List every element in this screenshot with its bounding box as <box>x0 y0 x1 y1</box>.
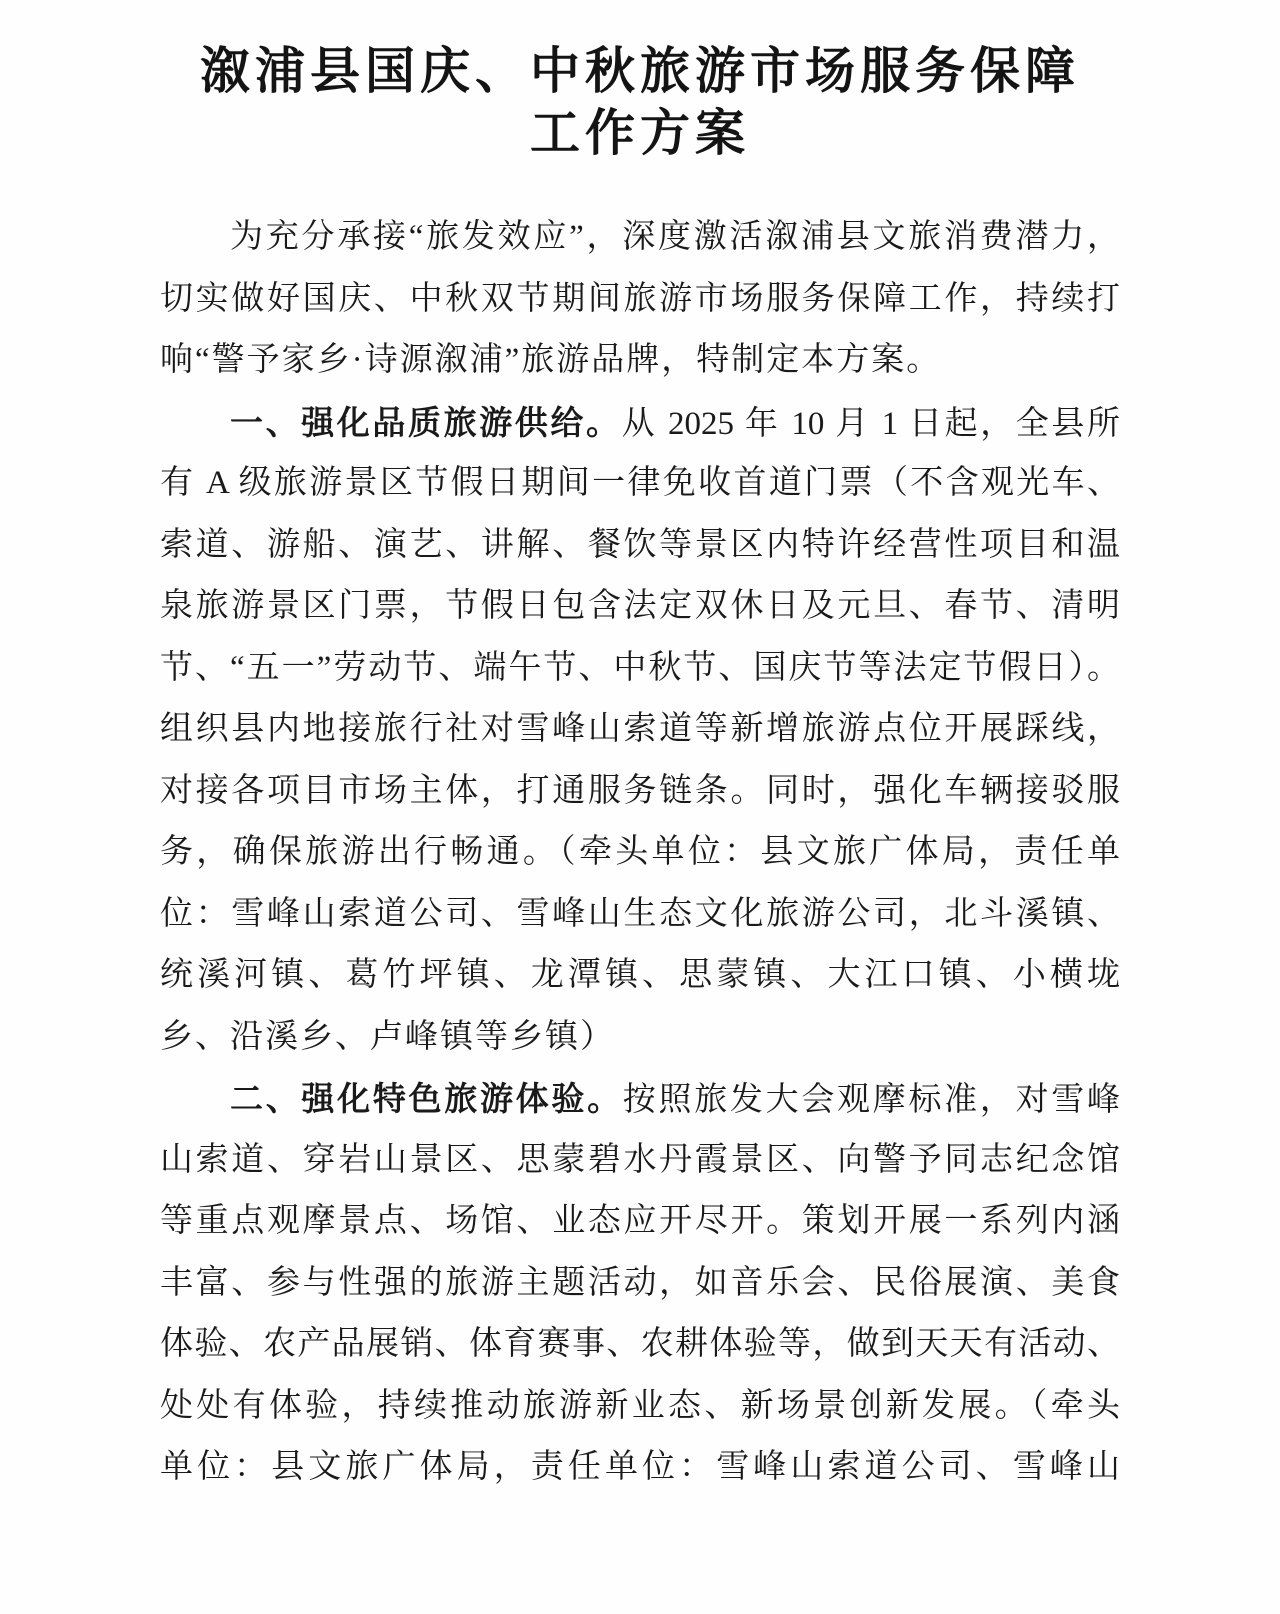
text-line: 切实做好国庆、中秋双节期间旅游市场服务保障工作，持续打 <box>160 269 1120 331</box>
text-segment: 切实做好国庆、中秋双节期间旅游市场服务保障工作，持续打 <box>160 281 1120 317</box>
text-line: 等重点观摩景点、场馆、业态应开尽开。策划开展一系列内涵 <box>160 1191 1120 1253</box>
text-line: 节、“五一”劳动节、端午节、中秋节、国庆节等法定节假日）。 <box>160 638 1120 700</box>
text-segment: 位：雪峰山索道公司、雪峰山生态文化旅游公司，北斗溪镇、 <box>160 896 1120 932</box>
paragraph-intro: 为充分承接“旅发效应”，深度激活溆浦县文旅消费潜力，切实做好国庆、中秋双节期间旅… <box>160 207 1120 392</box>
text-segment: 统溪河镇、葛竹坪镇、龙潭镇、思蒙镇、大江口镇、小横垅 <box>160 957 1120 993</box>
text-segment: 响“警予家乡·诗源溆浦”旅游品牌，特制定本方案。 <box>160 342 941 378</box>
text-segment: 乡、沿溪乡、卢峰镇等乡镇） <box>160 1019 615 1055</box>
text-segment: 为充分承接“旅发效应”，深度激活溆浦县文旅消费潜力， <box>230 219 1120 255</box>
text-segment: 从 2025 年 10 月 1 日起，全县所 <box>622 406 1120 442</box>
text-line: 处处有体验，持续推动旅游新业态、新场景创新发展。（牵头 <box>160 1376 1120 1438</box>
section-heading: 一、强化品质旅游供给。 <box>230 404 622 441</box>
text-line: 统溪河镇、葛竹坪镇、龙潭镇、思蒙镇、大江口镇、小横垅 <box>160 945 1120 1007</box>
text-segment: 等重点观摩景点、场馆、业态应开尽开。策划开展一系列内涵 <box>160 1203 1120 1239</box>
text-line: 泉旅游景区门票，节假日包含法定双休日及元旦、春节、清明 <box>160 576 1120 638</box>
text-line: 组织县内地接旅行社对雪峰山索道等新增旅游点位开展踩线， <box>160 699 1120 761</box>
section-heading: 二、强化特色旅游体验。 <box>230 1080 623 1117</box>
document-title: 溆浦县国庆、中秋旅游市场服务保障 工作方案 <box>0 40 1280 164</box>
text-segment: 节、“五一”劳动节、端午节、中秋节、国庆节等法定节假日）。 <box>160 650 1120 686</box>
text-line: 山索道、穿岩山景区、思蒙碧水丹霞景区、向警予同志纪念馆 <box>160 1130 1120 1192</box>
text-segment: 有 A 级旅游景区节假日期间一律免收首道门票（不含观光车、 <box>160 465 1120 501</box>
text-line: 位：雪峰山索道公司、雪峰山生态文化旅游公司，北斗溪镇、 <box>160 884 1120 946</box>
text-line: 一、强化品质旅游供给。从 2025 年 10 月 1 日起，全县所 <box>160 392 1120 454</box>
text-segment: 索道、游船、演艺、讲解、餐饮等景区内特许经营性项目和温 <box>160 527 1120 563</box>
text-segment: 组织县内地接旅行社对雪峰山索道等新增旅游点位开展踩线， <box>160 711 1120 747</box>
text-line: 务，确保旅游出行畅通。（牵头单位：县文旅广体局，责任单 <box>160 822 1120 884</box>
text-segment: 处处有体验，持续推动旅游新业态、新场景创新发展。（牵头 <box>160 1388 1120 1424</box>
title-line-1: 溆浦县国庆、中秋旅游市场服务保障 <box>0 40 1280 102</box>
text-segment: 山索道、穿岩山景区、思蒙碧水丹霞景区、向警予同志纪念馆 <box>160 1142 1120 1178</box>
text-segment: 泉旅游景区门票，节假日包含法定双休日及元旦、春节、清明 <box>160 588 1120 624</box>
text-line: 体验、农产品展销、体育赛事、农耕体验等，做到天天有活动、 <box>160 1314 1120 1376</box>
text-segment: 单位：县文旅广体局，责任单位：雪峰山索道公司、雪峰山 <box>160 1449 1120 1485</box>
text-line: 响“警予家乡·诗源溆浦”旅游品牌，特制定本方案。 <box>160 330 1120 392</box>
document-page: 溆浦县国庆、中秋旅游市场服务保障 工作方案 为充分承接“旅发效应”，深度激活溆浦… <box>0 0 1280 1614</box>
text-line: 为充分承接“旅发效应”，深度激活溆浦县文旅消费潜力， <box>160 207 1120 269</box>
text-segment: 对接各项目市场主体，打通服务链条。同时，强化车辆接驳服 <box>160 773 1120 809</box>
paragraph-section-1: 一、强化品质旅游供给。从 2025 年 10 月 1 日起，全县所有 A 级旅游… <box>160 392 1120 1069</box>
paragraph-section-2: 二、强化特色旅游体验。按照旅发大会观摩标准，对雪峰山索道、穿岩山景区、思蒙碧水丹… <box>160 1068 1120 1499</box>
title-line-2: 工作方案 <box>0 102 1280 164</box>
text-segment: 丰富、参与性强的旅游主题活动，如音乐会、民俗展演、美食 <box>160 1265 1120 1301</box>
text-segment: 按照旅发大会观摩标准，对雪峰 <box>623 1082 1120 1118</box>
text-line: 单位：县文旅广体局，责任单位：雪峰山索道公司、雪峰山 <box>160 1437 1120 1499</box>
text-line: 乡、沿溪乡、卢峰镇等乡镇） <box>160 1007 1120 1069</box>
text-line: 对接各项目市场主体，打通服务链条。同时，强化车辆接驳服 <box>160 761 1120 823</box>
text-line: 二、强化特色旅游体验。按照旅发大会观摩标准，对雪峰 <box>160 1068 1120 1130</box>
text-segment: 体验、农产品展销、体育赛事、农耕体验等，做到天天有活动、 <box>160 1326 1120 1362</box>
text-line: 丰富、参与性强的旅游主题活动，如音乐会、民俗展演、美食 <box>160 1253 1120 1315</box>
text-line: 索道、游船、演艺、讲解、餐饮等景区内特许经营性项目和温 <box>160 515 1120 577</box>
text-line: 有 A 级旅游景区节假日期间一律免收首道门票（不含观光车、 <box>160 453 1120 515</box>
document-body: 为充分承接“旅发效应”，深度激活溆浦县文旅消费潜力，切实做好国庆、中秋双节期间旅… <box>160 207 1120 1499</box>
text-segment: 务，确保旅游出行畅通。（牵头单位：县文旅广体局，责任单 <box>160 834 1120 870</box>
